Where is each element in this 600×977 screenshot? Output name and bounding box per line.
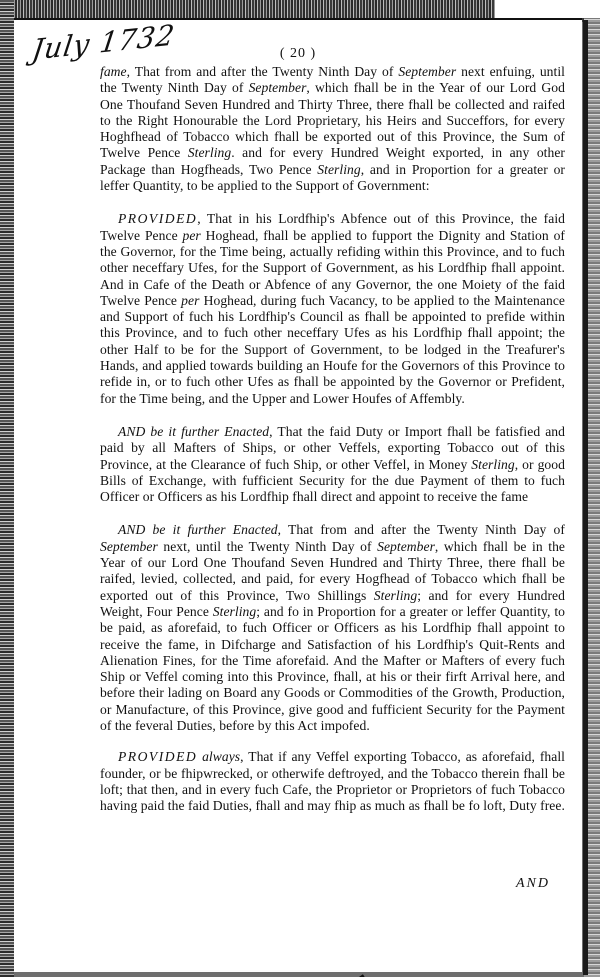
paragraph: fame, That from and after the Twenty Nin… xyxy=(100,64,565,194)
italic-text: per xyxy=(182,228,200,243)
paragraph: AND be it further Enacted, That from and… xyxy=(100,522,565,734)
italic-text: Sterling xyxy=(374,588,417,603)
italic-text: September xyxy=(377,539,435,554)
italic-text: per xyxy=(181,293,199,308)
italic-text: Sterling xyxy=(317,162,360,177)
italic-text: Sterling xyxy=(188,145,231,160)
scanner-border-right-edge xyxy=(583,20,588,975)
catchword: AND xyxy=(516,876,550,892)
text-segment: ; and fo in Proportion for a greater or … xyxy=(100,604,565,733)
paragraph-lead: PROVIDED xyxy=(118,749,197,764)
italic-text: Sterling xyxy=(213,604,256,619)
italic-text: September xyxy=(398,64,456,79)
italic-text: September xyxy=(100,539,158,554)
paragraph-lead: AND be it further Enacted xyxy=(118,424,269,439)
document-page: July 1732 ( 20 ) fame, That from and aft… xyxy=(14,18,582,972)
text-segment: , That from and after the Twenty Ninth D… xyxy=(278,522,565,537)
paragraph-lead: AND be it further Enacted xyxy=(118,522,278,537)
paragraph: PROVIDED, That in his Lordfhip's Abfence… xyxy=(100,211,565,407)
italic-text: September xyxy=(249,80,307,95)
scanner-border-left xyxy=(0,0,14,977)
paragraph: PROVIDED always, That if any Veffel expo… xyxy=(100,749,565,814)
paragraph-lead: PROVIDED xyxy=(118,211,197,226)
text-segment: , That from and after the Twenty Ninth D… xyxy=(127,64,399,79)
italic-text: Sterling xyxy=(471,457,514,472)
scanner-border-top-right-blank xyxy=(495,0,600,18)
italic-text: fame xyxy=(100,64,127,79)
paragraph: AND be it further Enacted, That the faid… xyxy=(100,424,565,505)
page-number: ( 20 ) xyxy=(14,46,582,62)
text-segment: next, until the Twenty Ninth Day of xyxy=(158,539,377,554)
text-segment: Hoghead, during fuch Vacancy, to be appl… xyxy=(100,293,565,406)
body-text: fame, That from and after the Twenty Nin… xyxy=(100,64,565,814)
paragraph-lead-suffix: always xyxy=(197,749,240,764)
